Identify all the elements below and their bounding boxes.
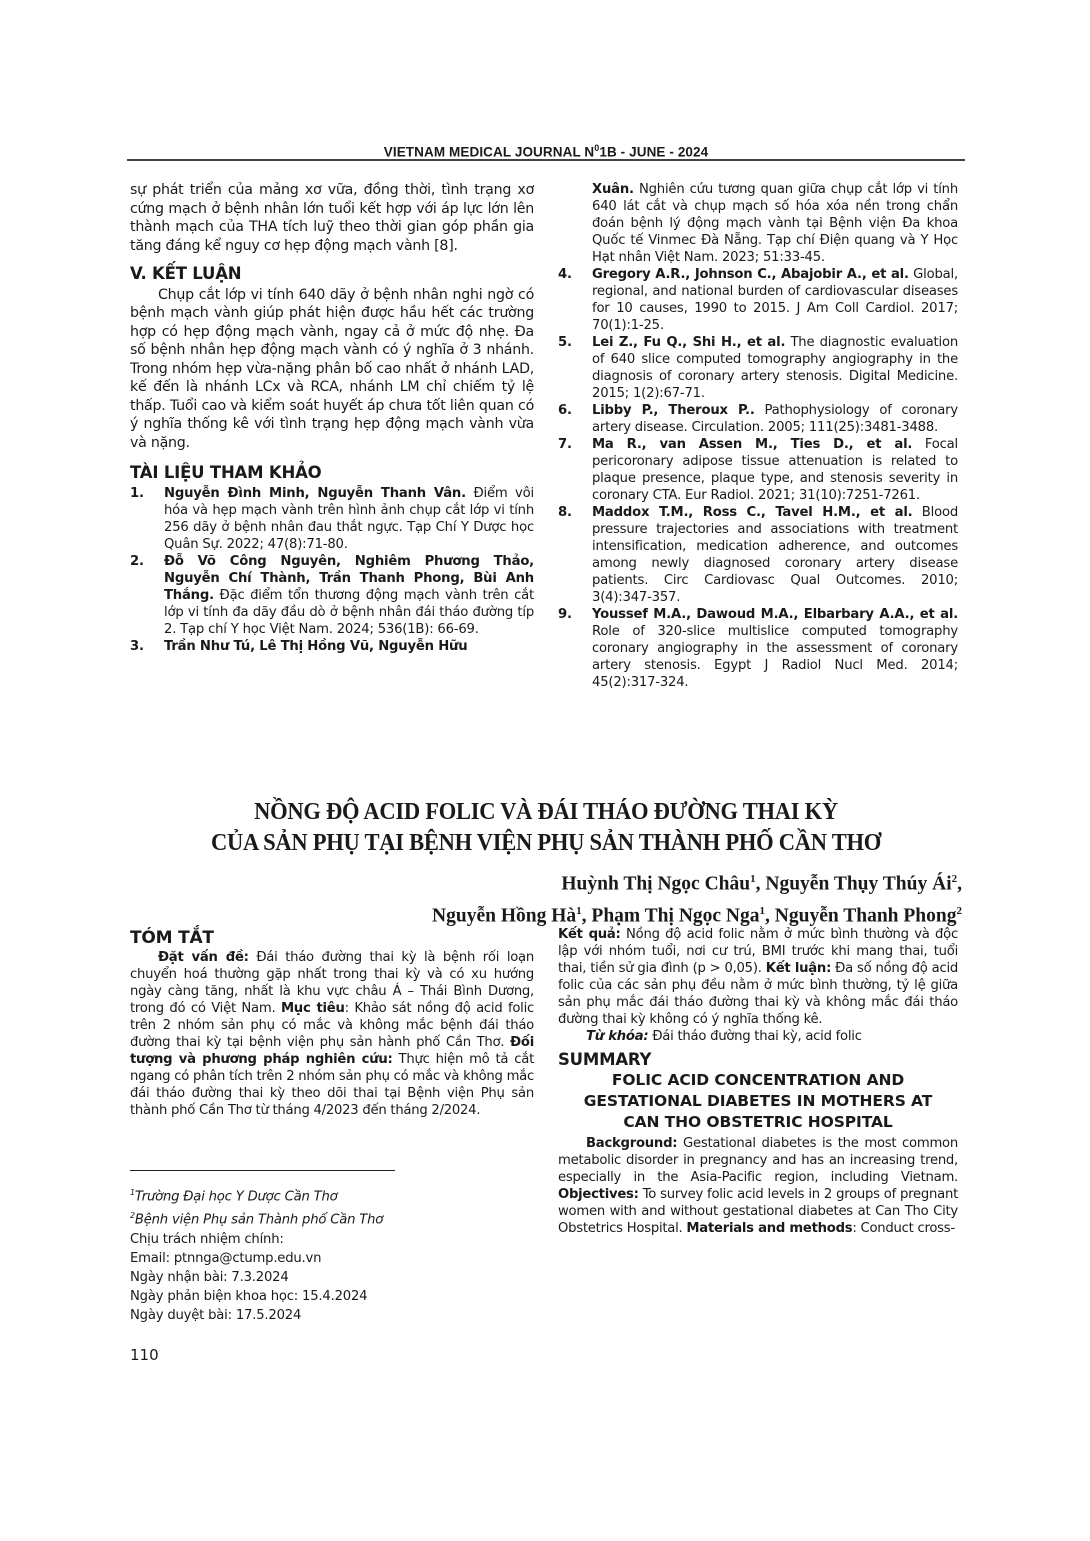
abstract-en-body: Background: Gestational diabetes is the … [558,1135,958,1237]
reference-authors: Nguyễn Đình Minh, Nguyễn Thanh Vân. [164,486,466,501]
reference-number: 8. [558,504,592,606]
header-rule [127,159,965,161]
reference-authors: Trần Như Tú, Lê Thị Hồng Vũ, Nguyễn Hữu [164,639,467,654]
abstract-vi-body-part1: Đặt vấn đề: Đái tháo đường thai kỳ là bệ… [130,949,534,1119]
reference-item: 9. Youssef M.A., Dawoud M.A., Elbarbary … [558,606,958,691]
reference-authors: Libby P., Theroux P.. [592,403,755,418]
abstract-vi-heading: TÓM TẮT [130,930,534,947]
reference-number: 9. [558,606,592,691]
affiliation-1: 1Trường Đại học Y Dược Cần Thơ [130,1183,530,1206]
conclusion-heading: V. KẾT LUẬN [130,265,534,284]
footnote-rule [130,1170,395,1171]
abstract-vi: TÓM TẮT Đặt vấn đề: Đái tháo đường thai … [130,930,534,1119]
reference-number: 6. [558,402,592,436]
abstract-label-results: Kết quả: [558,927,621,942]
reference-item: 1. Nguyễn Đình Minh, Nguyễn Thanh Vân. Đ… [130,485,534,553]
reference-text: Role of 320-slice multislice computed to… [592,624,958,690]
reference-item: 3. Trần Như Tú, Lê Thị Hồng Vũ, Nguyễn H… [130,638,534,655]
reference-authors: Ma R., van Assen M., Ties D., et al. [592,437,912,452]
abstract-label-conclusion: Kết luận: [766,961,831,976]
date-reviewed: Ngày phản biện khoa học: 15.4.2024 [130,1287,530,1306]
references-list-left: 1. Nguyễn Đình Minh, Nguyễn Thanh Vân. Đ… [130,485,534,655]
abstract-label-background: Đặt vấn đề: [158,950,249,965]
abstract-label-objective: Mục tiêu [281,1001,345,1016]
reference-number: 5. [558,334,592,402]
author-name: Nguyễn Thanh Phong [775,905,957,926]
reference-number: 3. [130,638,164,655]
date-accepted: Ngày duyệt bài: 17.5.2024 [130,1306,530,1325]
references-list-right: Xuân. Nghiên cứu tương quan giữa chụp cắ… [558,181,958,691]
authors-line-2: Nguyễn Hồng Hà1, Phạm Thị Ngọc Nga1, Ngu… [432,898,962,930]
reference-number: 1. [130,485,164,553]
reference-text: Đặc điểm tổn thương động mạch vành trên … [164,588,534,637]
authors-line-1: Huỳnh Thị Ngọc Châu1, Nguyễn Thụy Thúy Á… [432,866,962,898]
reference-item: 2. Đỗ Võ Công Nguyên, Nghiêm Phương Thảo… [130,553,534,638]
reference-authors: Maddox T.M., Ross C., Tavel H.M., et al. [592,505,913,520]
reference-authors: Xuân. [592,182,634,197]
abstract-en-label-background: Background: [586,1136,677,1151]
reference-item: 6. Libby P., Theroux P.. Pathophysiology… [558,402,958,436]
prev-article-left-column: sự phát triển của mảng xơ vữa, đồng thời… [130,181,534,655]
abstract-en-label-objectives: Objectives: [558,1187,639,1202]
author-name: Huỳnh Thị Ngọc Châu [561,874,750,895]
affiliation-2: 2Bệnh viện Phụ sản Thành phố Cần Thơ [130,1206,530,1229]
date-received: Ngày nhận bài: 7.3.2024 [130,1268,530,1287]
reference-authors: Gregory A.R., Johnson C., Abajobir A., e… [592,267,909,282]
journal-name: VIETNAM MEDICAL JOURNAL N [384,145,595,160]
responsible-author: Chịu trách nhiệm chính: [130,1230,530,1249]
footnotes: 1Trường Đại học Y Dược Cần Thơ 2Bệnh việ… [130,1183,530,1325]
article-title: NỒNG ĐỘ ACID FOLIC VÀ ĐÁI THÁO ĐƯỜNG THA… [163,796,928,858]
author-name: Phạm Thị Ngọc Nga [591,905,759,926]
reference-item: 8. Maddox T.M., Ross C., Tavel H.M., et … [558,504,958,606]
article-authors: Huỳnh Thị Ngọc Châu1, Nguyễn Thụy Thúy Á… [432,866,962,929]
reference-authors: Lei Z., Fu Q., Shi H., et al. [592,335,785,350]
reference-text: Nghiên cứu tương quan giữa chụp cắt lớp … [592,182,958,265]
email: Email: ptnnga@ctump.edu.vn [130,1249,530,1268]
summary-heading: SUMMARY [558,1051,958,1068]
article-title-line-1: NỒNG ĐỘ ACID FOLIC VÀ ĐÁI THÁO ĐƯỜNG THA… [163,796,928,827]
page-number: 110 [130,1346,159,1364]
reference-item: 4. Gregory A.R., Johnson C., Abajobir A.… [558,266,958,334]
running-head: VIETNAM MEDICAL JOURNAL N01B - JUNE - 20… [127,143,965,160]
discussion-tail: sự phát triển của mảng xơ vữa, đồng thời… [130,181,534,255]
reference-number: 4. [558,266,592,334]
author-name: Nguyễn Hồng Hà [432,905,576,926]
author-name: Nguyễn Thụy Thúy Ái [765,874,951,895]
abstract-vi-body-part2: Kết quả: Nồng độ acid folic nằm ở mức bì… [558,926,958,1028]
references-heading: TÀI LIỆU THAM KHẢO [130,464,534,483]
keywords-label: Từ khóa: [586,1029,648,1044]
keywords-vi: Từ khóa: Đái tháo đường thai kỳ, acid fo… [558,1028,958,1045]
reference-authors: Youssef M.A., Dawoud M.A., Elbarbary A.A… [592,607,958,622]
reference-item: 5. Lei Z., Fu Q., Shi H., et al. The dia… [558,334,958,402]
reference-number: 7. [558,436,592,504]
article-title-line-2: CỦA SẢN PHỤ TẠI BỆNH VIỆN PHỤ SẢN THÀNH … [163,827,928,858]
journal-issue: 1B - JUNE - 2024 [599,145,708,160]
english-title: FOLIC ACID CONCENTRATION AND GESTATIONAL… [558,1070,958,1133]
reference-number: 2. [130,553,164,638]
reference-text: Blood pressure trajectories and associat… [592,505,958,605]
conclusion-text: Chụp cắt lớp vi tính 640 dãy ở bệnh nhân… [130,286,534,453]
author-affiliation-sup: 2 [957,905,963,917]
reference-item: 7. Ma R., van Assen M., Ties D., et al. … [558,436,958,504]
prev-article-right-column: Xuân. Nghiên cứu tương quan giữa chụp cắ… [558,181,958,691]
abstract-right-column: Kết quả: Nồng độ acid folic nằm ở mức bì… [558,926,958,1237]
reference-item-continued: Xuân. Nghiên cứu tương quan giữa chụp cắ… [558,181,958,266]
abstract-en-label-methods: Materials and methods [686,1221,852,1236]
